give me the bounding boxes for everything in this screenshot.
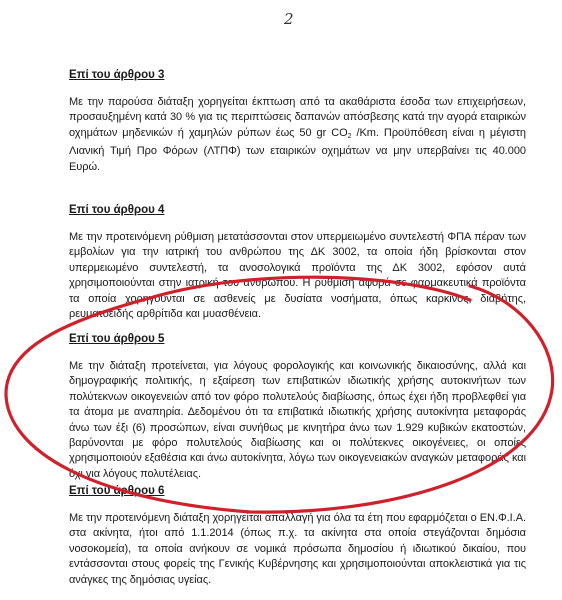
section-heading: Επί του άρθρου 4 bbox=[69, 203, 526, 217]
section-heading: Επί του άρθρου 3 bbox=[69, 68, 526, 82]
section-paragraph: Με την διάταξη προτείνεται, για λόγους φ… bbox=[69, 359, 526, 482]
section-paragraph: Με την παρούσα διάταξη χορηγείται έκπτωσ… bbox=[69, 95, 526, 175]
section-heading: Επί του άρθρου 5 bbox=[69, 332, 526, 346]
section-paragraph: Με την προτεινόμενη ρύθμιση μετατάσσοντα… bbox=[69, 230, 526, 322]
section-article-5: Επί του άρθρου 5 Με την διάταξη προτείνε… bbox=[69, 332, 526, 482]
section-paragraph: Με την προτεινόμενη διάταξη χορηγείται α… bbox=[69, 511, 526, 588]
section-article-4: Επί του άρθρου 4 Με την προτεινόμενη ρύθ… bbox=[69, 203, 526, 322]
page-number-mark: 2 bbox=[284, 10, 294, 28]
section-article-6: Επί του άρθρου 6 Με την προτεινόμενη διά… bbox=[69, 484, 526, 588]
section-heading: Επί του άρθρου 6 bbox=[69, 484, 526, 498]
section-article-3: Επί του άρθρου 3 Με την παρούσα διάταξη … bbox=[69, 68, 526, 175]
